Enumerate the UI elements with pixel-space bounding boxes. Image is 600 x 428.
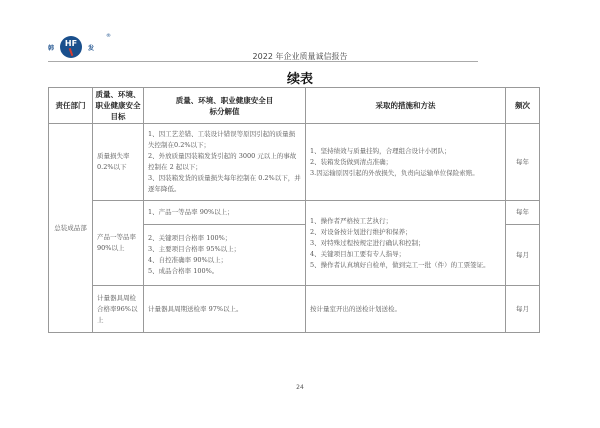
page-heading: 续表 [0, 68, 600, 87]
measures-cell: 1、坚持绩效与质量挂钩，合理组合设计小团队； 2、装箱发货做到清点准确； 3.因… [306, 124, 506, 201]
frequency-cell: 每月 [506, 286, 540, 333]
breakdown-cell: 1、因工艺差错、工装设计错误等原因引起的质量损失控制在0.2%以下； 2、外放质… [144, 124, 306, 201]
column-header: 采取的措施和方法 [306, 88, 506, 124]
target-cell: 产品一等品率90%以上 [93, 201, 144, 286]
table-row: 总装成品部 质量损失率0.2%以下 1、因工艺差错、工装设计错误等原因引起的质量… [49, 124, 540, 201]
measures-cell: 1、操作者严格按工艺执行； 2、对设备按计划进行维护和保养； 3、对特殊过程按规… [306, 201, 506, 286]
breakdown-cell: 计量器具周期送检率 97%以上。 [144, 286, 306, 333]
breakdown-cell: 1、产品一等品率 90%以上； [144, 201, 306, 225]
column-header: 质量、环境、职业健康安全目标分解值 [144, 88, 306, 124]
frequency-cell: 每年 [506, 201, 540, 225]
table-header-row: 责任部门 质量、环境、职业健康安全目标 质量、环境、职业健康安全目标分解值 采取… [49, 88, 540, 124]
header-divider [48, 61, 478, 62]
frequency-cell: 每月 [506, 225, 540, 286]
department-cell: 总装成品部 [49, 124, 93, 333]
column-header: 频次 [506, 88, 540, 124]
table-row: 产品一等品率90%以上 1、产品一等品率 90%以上； 1、操作者严格按工艺执行… [49, 201, 540, 225]
target-cell: 质量损失率0.2%以下 [93, 124, 144, 201]
targets-table: 责任部门 质量、环境、职业健康安全目标 质量、环境、职业健康安全目标分解值 采取… [48, 87, 540, 333]
table-row: 计量器具周检合格率96%以上 计量器具周期送检率 97%以上。 按计量室开出的送… [49, 286, 540, 333]
breakdown-cell: 2、关键项目合格率 100%； 3、主要项目合格率 95%以上； 4、自控准确率… [144, 225, 306, 286]
measures-cell: 按计量室开出的送检计划送检。 [306, 286, 506, 333]
frequency-cell: 每年 [506, 124, 540, 201]
target-cell: 计量器具周检合格率96%以上 [93, 286, 144, 333]
page-number: 24 [0, 384, 600, 391]
column-header: 质量、环境、职业健康安全目标 [93, 88, 144, 124]
registered-mark: ® [106, 33, 111, 39]
column-header: 责任部门 [49, 88, 93, 124]
